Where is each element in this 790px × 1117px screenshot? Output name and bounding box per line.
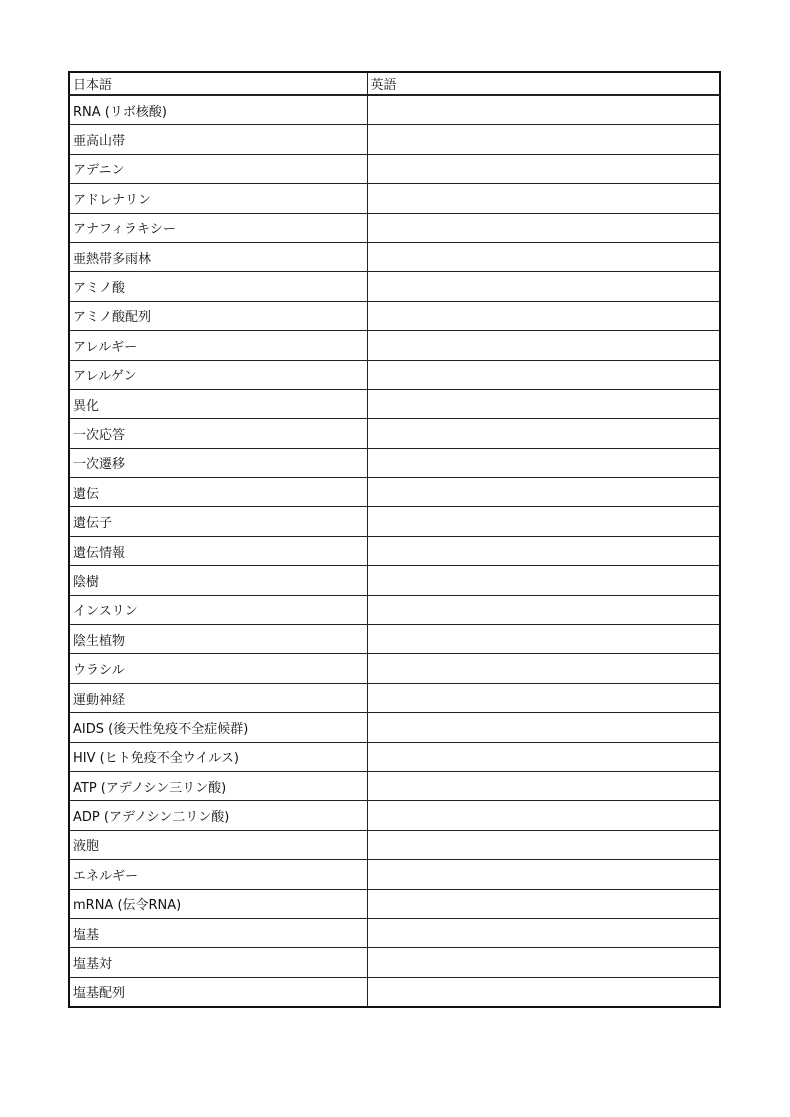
english-answer-cell[interactable] <box>367 771 720 800</box>
japanese-term-cell: アデニン <box>69 154 367 183</box>
japanese-term-cell: 陰樹 <box>69 566 367 595</box>
english-answer-cell[interactable] <box>367 977 720 1007</box>
english-answer-cell[interactable] <box>367 742 720 771</box>
table-row: アナフィラキシー <box>69 213 720 242</box>
vocabulary-table: 日本語 英語 RNA (リボ核酸)亜高山帯アデニンアドレナリンアナフィラキシー亜… <box>68 71 721 1008</box>
english-answer-cell[interactable] <box>367 154 720 183</box>
table-row: ウラシル <box>69 654 720 683</box>
japanese-term-cell: ウラシル <box>69 654 367 683</box>
japanese-term-cell: 亜高山帯 <box>69 125 367 154</box>
english-answer-cell[interactable] <box>367 419 720 448</box>
japanese-term-cell: ADP (アデノシン二リン酸) <box>69 801 367 830</box>
japanese-term-cell: RNA (リボ核酸) <box>69 95 367 125</box>
japanese-term-cell: 液胞 <box>69 830 367 859</box>
table-row: 遺伝 <box>69 478 720 507</box>
english-answer-cell[interactable] <box>367 242 720 271</box>
table-row: 一次応答 <box>69 419 720 448</box>
english-answer-cell[interactable] <box>367 272 720 301</box>
table-row: 遺伝子 <box>69 507 720 536</box>
english-answer-cell[interactable] <box>367 918 720 947</box>
table-row: HIV (ヒト免疫不全ウイルス) <box>69 742 720 771</box>
table-row: アレルゲン <box>69 360 720 389</box>
table-row: アミノ酸 <box>69 272 720 301</box>
japanese-term-cell: 遺伝情報 <box>69 536 367 565</box>
table-row: RNA (リボ核酸) <box>69 95 720 125</box>
table-row: 液胞 <box>69 830 720 859</box>
english-answer-cell[interactable] <box>367 448 720 477</box>
table-row: 塩基配列 <box>69 977 720 1007</box>
japanese-term-cell: アレルギー <box>69 331 367 360</box>
table-row: アドレナリン <box>69 184 720 213</box>
english-answer-cell[interactable] <box>367 213 720 242</box>
english-answer-cell[interactable] <box>367 301 720 330</box>
japanese-term-cell: 遺伝子 <box>69 507 367 536</box>
table-row: 陰生植物 <box>69 625 720 654</box>
table-row: 亜熱帯多雨林 <box>69 242 720 271</box>
header-english: 英語 <box>367 72 720 95</box>
japanese-term-cell: アミノ酸 <box>69 272 367 301</box>
table-row: mRNA (伝令RNA) <box>69 889 720 918</box>
english-answer-cell[interactable] <box>367 184 720 213</box>
japanese-term-cell: 運動神経 <box>69 683 367 712</box>
japanese-term-cell: ATP (アデノシン三リン酸) <box>69 771 367 800</box>
table-row: 亜高山帯 <box>69 125 720 154</box>
table-row: ADP (アデノシン二リン酸) <box>69 801 720 830</box>
english-answer-cell[interactable] <box>367 389 720 418</box>
english-answer-cell[interactable] <box>367 654 720 683</box>
english-answer-cell[interactable] <box>367 683 720 712</box>
japanese-term-cell: AIDS (後天性免疫不全症候群) <box>69 713 367 742</box>
english-answer-cell[interactable] <box>367 566 720 595</box>
table-row: 一次遷移 <box>69 448 720 477</box>
english-answer-cell[interactable] <box>367 625 720 654</box>
table-row: 異化 <box>69 389 720 418</box>
english-answer-cell[interactable] <box>367 478 720 507</box>
english-answer-cell[interactable] <box>367 948 720 977</box>
japanese-term-cell: 塩基対 <box>69 948 367 977</box>
table-row: 陰樹 <box>69 566 720 595</box>
japanese-term-cell: アドレナリン <box>69 184 367 213</box>
table-row: 運動神経 <box>69 683 720 712</box>
japanese-term-cell: 異化 <box>69 389 367 418</box>
table-row: 塩基 <box>69 918 720 947</box>
japanese-term-cell: 遺伝 <box>69 478 367 507</box>
english-answer-cell[interactable] <box>367 889 720 918</box>
japanese-term-cell: エネルギー <box>69 860 367 889</box>
japanese-term-cell: 塩基配列 <box>69 977 367 1007</box>
japanese-term-cell: 亜熱帯多雨林 <box>69 242 367 271</box>
japanese-term-cell: 一次遷移 <box>69 448 367 477</box>
english-answer-cell[interactable] <box>367 860 720 889</box>
japanese-term-cell: インスリン <box>69 595 367 624</box>
english-answer-cell[interactable] <box>367 507 720 536</box>
table-row: アミノ酸配列 <box>69 301 720 330</box>
table-body: RNA (リボ核酸)亜高山帯アデニンアドレナリンアナフィラキシー亜熱帯多雨林アミ… <box>69 95 720 1007</box>
japanese-term-cell: 塩基 <box>69 918 367 947</box>
header-row: 日本語 英語 <box>69 72 720 95</box>
table-row: AIDS (後天性免疫不全症候群) <box>69 713 720 742</box>
table-row: インスリン <box>69 595 720 624</box>
japanese-term-cell: 陰生植物 <box>69 625 367 654</box>
table-row: アデニン <box>69 154 720 183</box>
table-row: 塩基対 <box>69 948 720 977</box>
table-row: アレルギー <box>69 331 720 360</box>
header-japanese: 日本語 <box>69 72 367 95</box>
japanese-term-cell: アミノ酸配列 <box>69 301 367 330</box>
english-answer-cell[interactable] <box>367 830 720 859</box>
japanese-term-cell: アレルゲン <box>69 360 367 389</box>
english-answer-cell[interactable] <box>367 595 720 624</box>
english-answer-cell[interactable] <box>367 360 720 389</box>
japanese-term-cell: アナフィラキシー <box>69 213 367 242</box>
english-answer-cell[interactable] <box>367 801 720 830</box>
table-row: ATP (アデノシン三リン酸) <box>69 771 720 800</box>
english-answer-cell[interactable] <box>367 536 720 565</box>
table-row: 遺伝情報 <box>69 536 720 565</box>
english-answer-cell[interactable] <box>367 125 720 154</box>
japanese-term-cell: mRNA (伝令RNA) <box>69 889 367 918</box>
english-answer-cell[interactable] <box>367 95 720 125</box>
table-row: エネルギー <box>69 860 720 889</box>
english-answer-cell[interactable] <box>367 331 720 360</box>
japanese-term-cell: 一次応答 <box>69 419 367 448</box>
english-answer-cell[interactable] <box>367 713 720 742</box>
japanese-term-cell: HIV (ヒト免疫不全ウイルス) <box>69 742 367 771</box>
